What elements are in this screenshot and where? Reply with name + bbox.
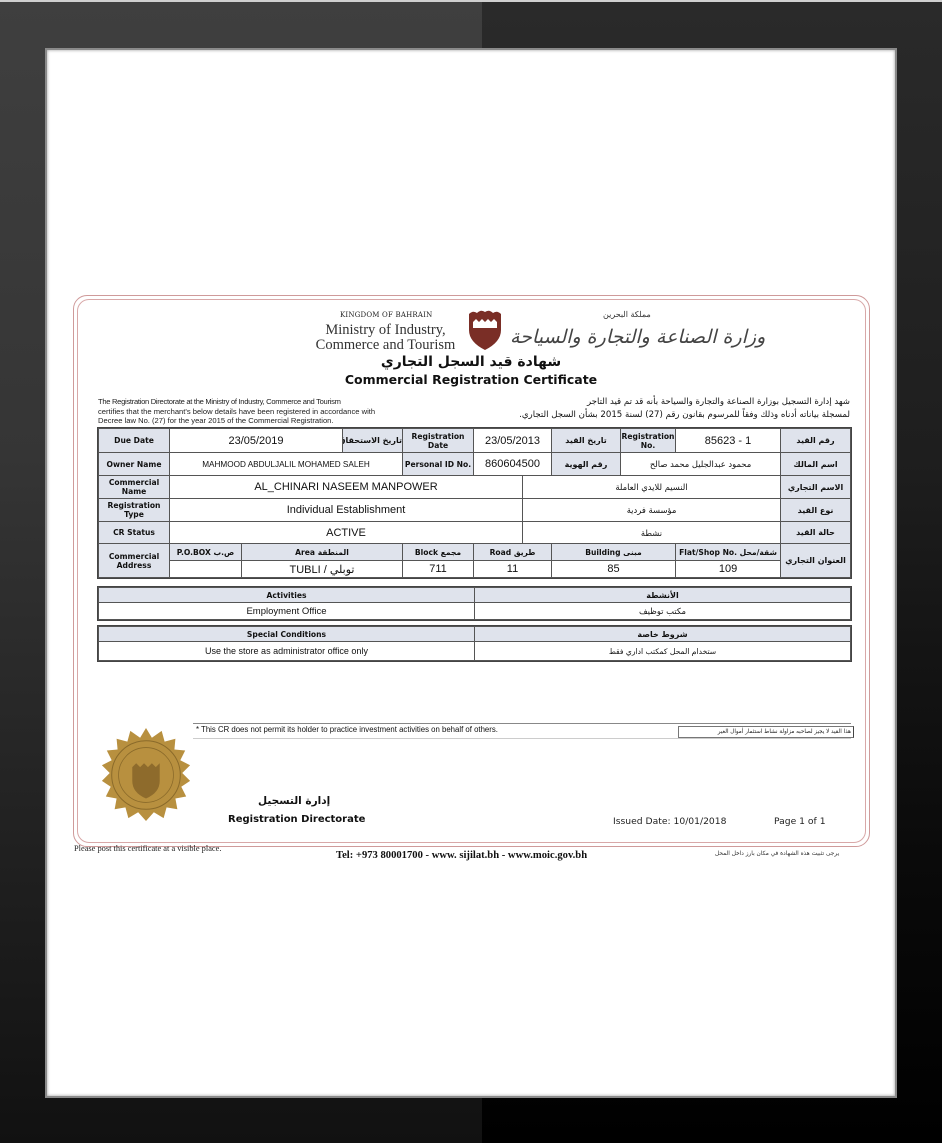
- bahrain-emblem-icon: [465, 308, 505, 352]
- block-value: 711: [403, 561, 474, 578]
- activities-value-ar: مكتب توظيف: [475, 603, 851, 620]
- owner-name-label-ar: اسم المالك: [781, 453, 851, 476]
- contact-info: Tel: +973 80001700 - www. sijilat.bh - w…: [336, 850, 587, 861]
- ministry-name-ar: وزارة الصناعة والتجارة والسياحة: [510, 326, 765, 348]
- cr-status-value-ar: نشطة: [523, 522, 781, 544]
- registration-type-value-ar: مؤسسة فردية: [523, 499, 781, 522]
- area-label: Area المنطقة: [242, 544, 403, 561]
- table-row: Commercial Address P.O.BOX ص.ب Area المن…: [99, 544, 851, 561]
- due-date-label-ar: تاريخ الاستحقاق: [343, 429, 403, 453]
- table-row: Use the store as administrator office on…: [99, 642, 851, 661]
- post-note-en: Please post this certificate at a visibl…: [74, 844, 221, 853]
- table-row: Due Date 23/05/2019 تاريخ الاستحقاق Regi…: [99, 429, 851, 453]
- table-row: Owner Name MAHMOOD ABDULJALIL MOHAMED SA…: [99, 453, 851, 476]
- table-row: TUBLI / توبلي 711 11 85 109: [99, 561, 851, 578]
- registration-no-value: 85623 - 1: [676, 429, 781, 453]
- commercial-name-value-ar: النسيم للايدي العاملة: [523, 476, 781, 499]
- personal-id-value: 860604500: [474, 453, 552, 476]
- registration-no-label-ar: رقم القيد: [781, 429, 851, 453]
- ministry-name-en: Ministry of Industry, Commerce and Touri…: [308, 323, 463, 353]
- registration-date-label: Registration Date: [403, 429, 474, 453]
- registration-type-label-ar: نوع القيد: [781, 499, 851, 522]
- building-value: 85: [552, 561, 676, 578]
- personal-id-label: Personal ID No.: [403, 453, 474, 476]
- block-label: Block مجمع: [403, 544, 474, 561]
- road-value: 11: [474, 561, 552, 578]
- registration-directorate-en: Registration Directorate: [228, 814, 365, 825]
- special-conditions-label-en: Special Conditions: [99, 627, 475, 642]
- road-label: Road طريق: [474, 544, 552, 561]
- pobox-value: [170, 561, 242, 578]
- cr-status-value: ACTIVE: [170, 522, 523, 544]
- table-row: Registration Type Individual Establishme…: [99, 499, 851, 522]
- registration-date-label-ar: تاريخ القيد: [552, 429, 621, 453]
- table-row: Activities الأنشطة: [99, 588, 851, 603]
- intro-en-line2: certifies that the merchant's below deta…: [98, 407, 438, 417]
- registration-date-value: 23/05/2013: [474, 429, 552, 453]
- flat-shop-value: 109: [676, 561, 781, 578]
- certificate-title-ar: شهادة قيد السجل التجاري: [0, 354, 942, 370]
- intro-ar-line1: شهد إدارة التسجيل بوزارة الصناعة والتجار…: [480, 396, 850, 409]
- investment-notice-en: * This CR does not permit its holder to …: [196, 725, 498, 734]
- special-conditions-table: Special Conditions شروط خاصة Use the sto…: [98, 626, 851, 661]
- commercial-address-label: Commercial Address: [99, 544, 170, 578]
- certificate-title-en: Commercial Registration Certificate: [0, 372, 942, 387]
- due-date-value: 23/05/2019: [170, 429, 343, 453]
- cr-status-label-ar: حالة القيد: [781, 522, 851, 544]
- flat-shop-label: Flat/Shop No. شقة/محل: [676, 544, 781, 561]
- pobox-label: P.O.BOX ص.ب: [170, 544, 242, 561]
- special-conditions-value-en: Use the store as administrator office on…: [99, 642, 475, 661]
- issued-date-value: 10/01/2018: [674, 816, 727, 827]
- commercial-name-value: AL_CHINARI NASEEM MANPOWER: [170, 476, 523, 499]
- ministry-name-en-line1: Ministry of Industry,: [308, 323, 463, 338]
- kingdom-label-ar: مملكة البحرين: [603, 310, 651, 319]
- kingdom-label-en: KINGDOM OF BAHRAIN: [340, 311, 432, 319]
- activities-label-en: Activities: [99, 588, 475, 603]
- intro-text-ar: شهد إدارة التسجيل بوزارة الصناعة والتجار…: [480, 396, 850, 422]
- area-value: TUBLI / توبلي: [242, 561, 403, 578]
- intro-ar-line2: لمسجلة بياناته أدناه وذلك وفقاً للمرسوم …: [480, 409, 850, 422]
- building-label: Building مبنى: [552, 544, 676, 561]
- issued-date-label: Issued Date:: [613, 816, 671, 827]
- intro-text-en: The Registration Directorate at the Mini…: [98, 397, 438, 426]
- table-row: CR Status ACTIVE نشطة حالة القيد: [99, 522, 851, 544]
- frame-top-edge: [0, 0, 942, 2]
- post-note-ar: يرجى تثبيت هذه الشهادة في مكان بارز داخل…: [715, 851, 839, 857]
- activities-table: Activities الأنشطة Employment Office مكت…: [98, 587, 851, 620]
- investment-notice-ar: هذا القيد لا يجيز لصاحبه مزاولة نشاط است…: [678, 726, 854, 738]
- owner-name-value-ar: محمود عبدالجليل محمد صالح: [621, 453, 781, 476]
- gold-seal-icon: [97, 726, 195, 824]
- cr-status-label: CR Status: [99, 522, 170, 544]
- details-table: Due Date 23/05/2019 تاريخ الاستحقاق Regi…: [98, 428, 851, 578]
- registration-no-label: Registration No.: [621, 429, 676, 453]
- owner-name-value: MAHMOOD ABDULJALIL MOHAMED SALEH: [170, 453, 403, 476]
- issued-date: Issued Date: 10/01/2018: [613, 816, 726, 827]
- special-conditions-label-ar: شروط خاصة: [475, 627, 851, 642]
- due-date-label: Due Date: [99, 429, 170, 453]
- table-row: Commercial Name AL_CHINARI NASEEM MANPOW…: [99, 476, 851, 499]
- activities-value-en: Employment Office: [99, 603, 475, 620]
- special-conditions-value-ar: ستخدام المحل كمكتب اداري فقط: [475, 642, 851, 661]
- registration-type-value: Individual Establishment: [170, 499, 523, 522]
- commercial-name-label: Commercial Name: [99, 476, 170, 499]
- table-row: Employment Office مكتب توظيف: [99, 603, 851, 620]
- ministry-name-en-line2: Commerce and Tourism: [308, 338, 463, 353]
- commercial-name-label-ar: الاسم التجاري: [781, 476, 851, 499]
- page-number: Page 1 of 1: [774, 816, 826, 827]
- commercial-address-label-ar: العنوان التجاري: [781, 544, 851, 578]
- owner-name-label: Owner Name: [99, 453, 170, 476]
- intro-en-line3: Decree law No. (27) for the year 2015 of…: [98, 416, 438, 426]
- table-row: Special Conditions شروط خاصة: [99, 627, 851, 642]
- registration-directorate-ar: إدارة التسجيل: [258, 795, 330, 807]
- registration-type-label: Registration Type: [99, 499, 170, 522]
- personal-id-label-ar: رقم الهوية: [552, 453, 621, 476]
- intro-en-line1: The Registration Directorate at the Mini…: [98, 397, 438, 407]
- activities-label-ar: الأنشطة: [475, 588, 851, 603]
